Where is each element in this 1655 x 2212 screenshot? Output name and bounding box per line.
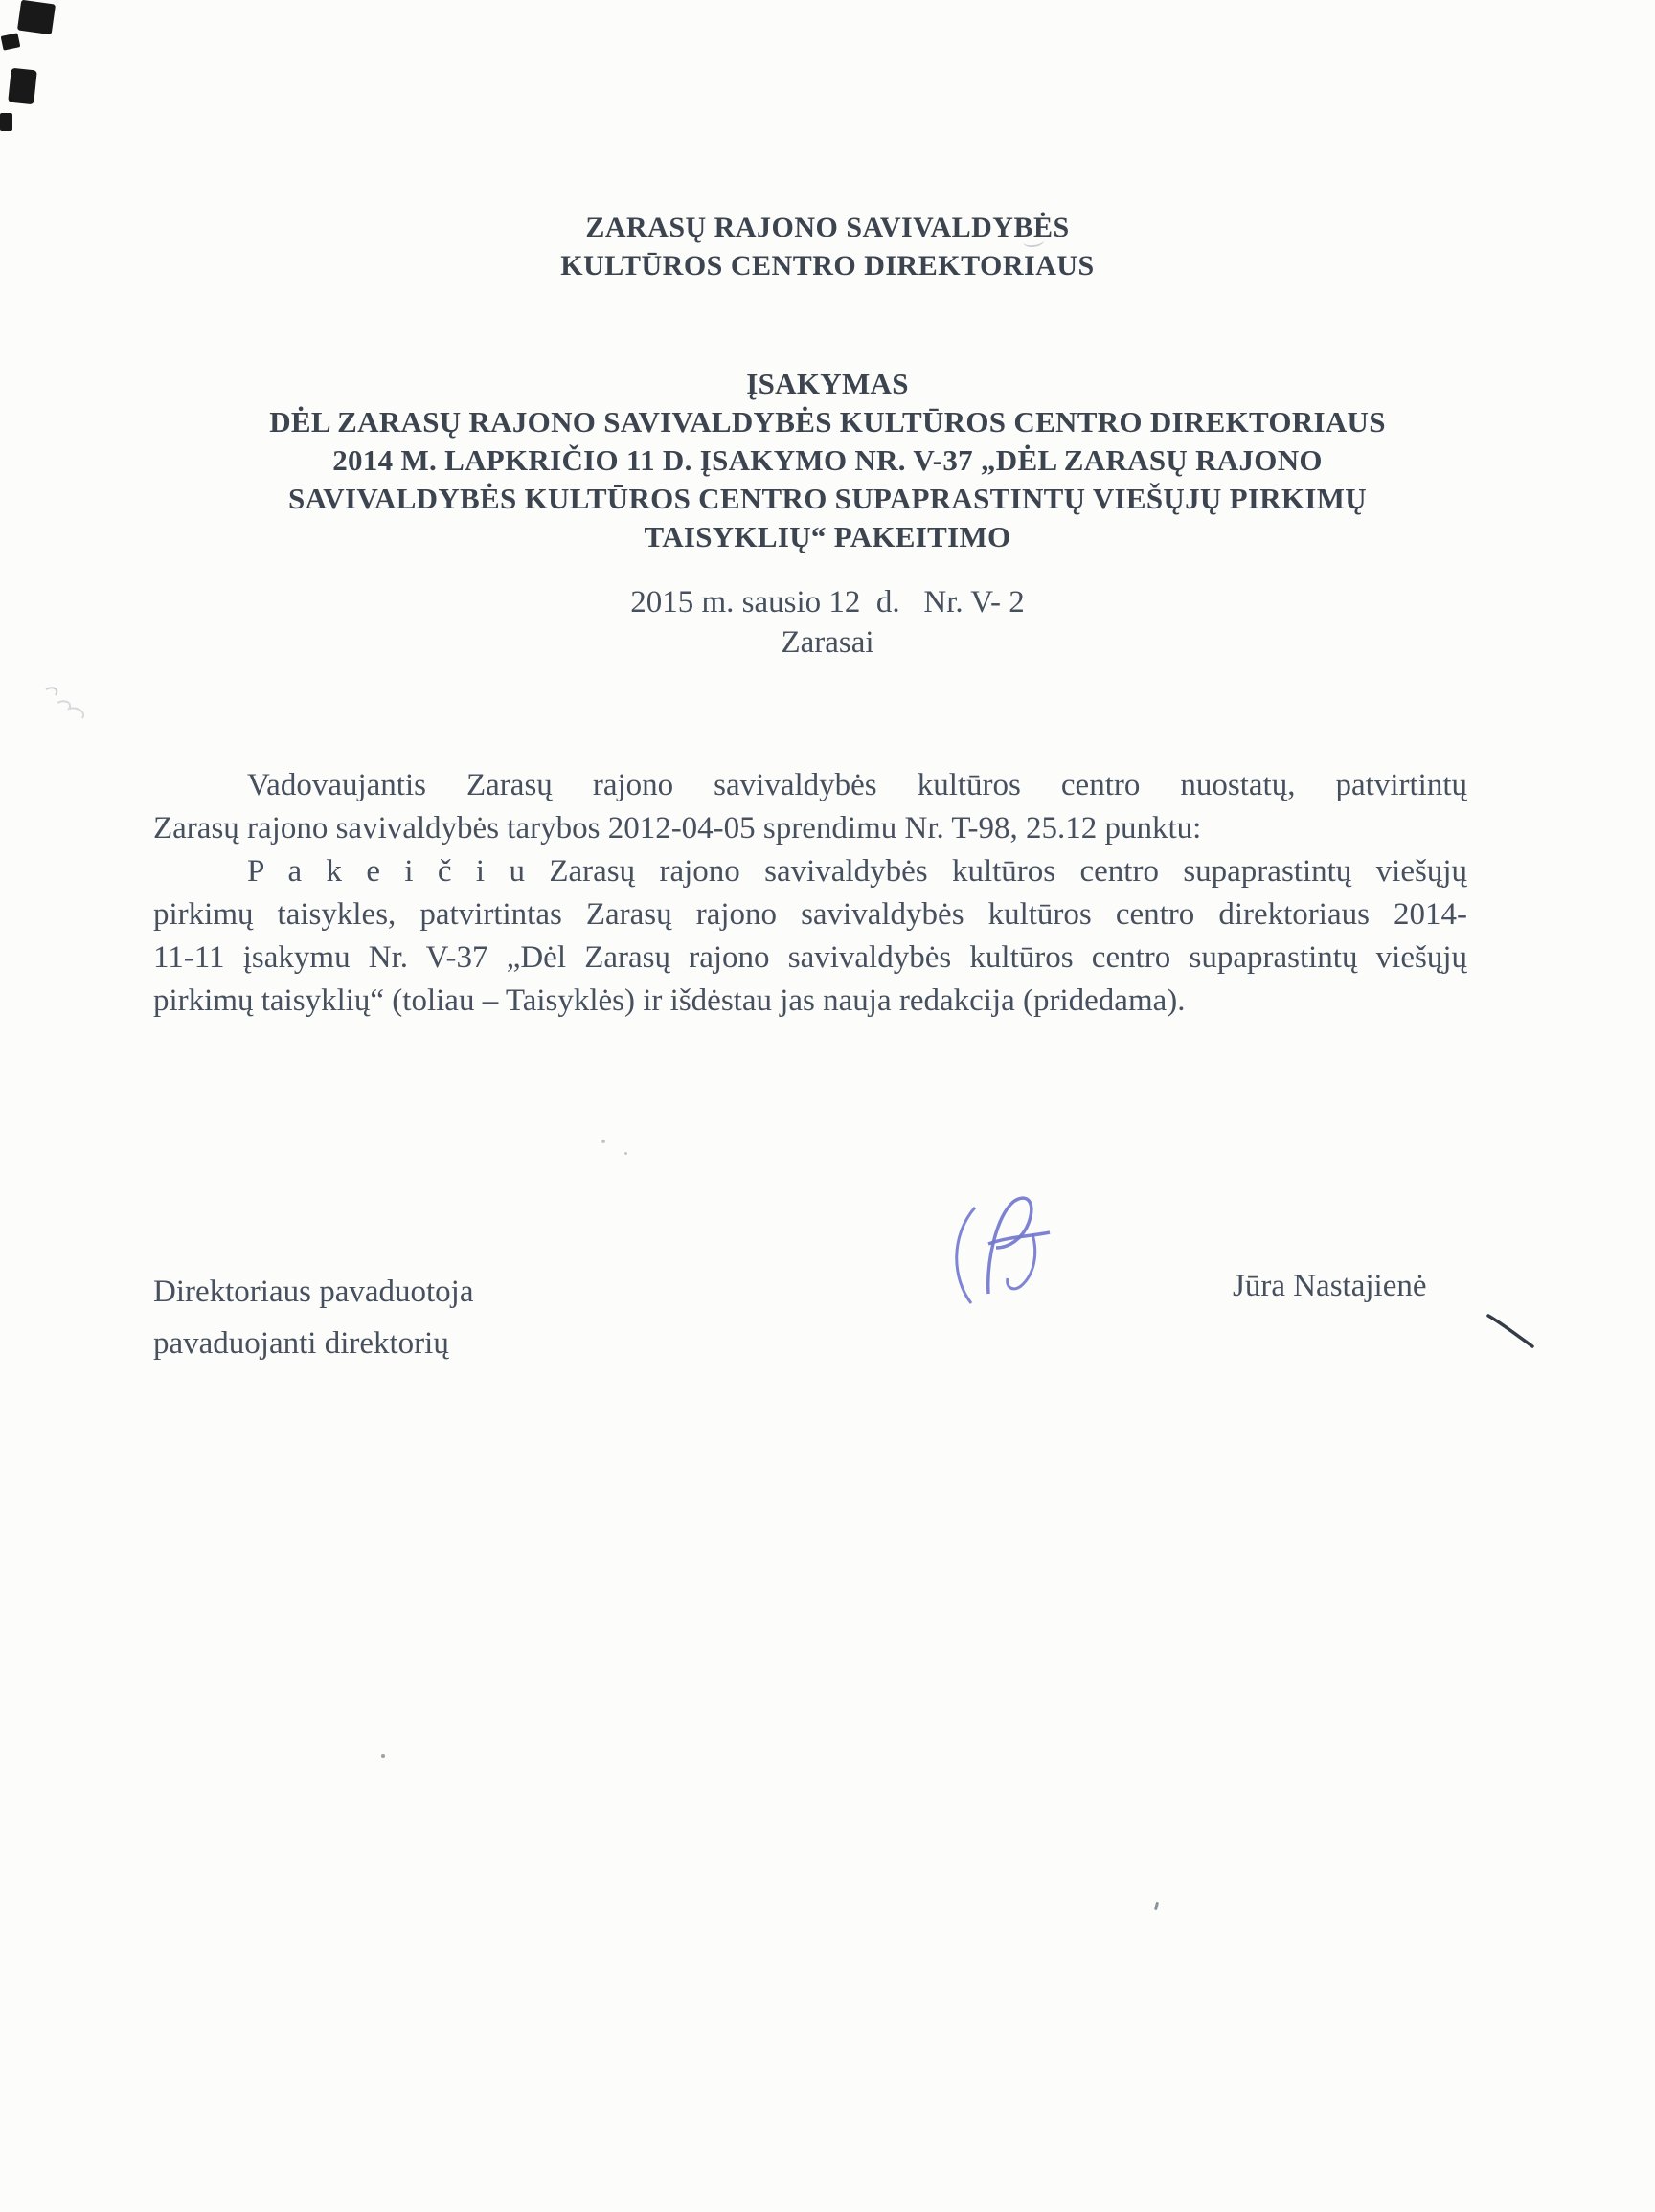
- order-title: ĮSAKYMAS DĖL ZARASŲ RAJONO SAVIVALDYBĖS …: [115, 365, 1540, 556]
- body-line: P a k e i č i u Zarasų rajono savivaldyb…: [153, 850, 1467, 893]
- body-text: Vadovaujantis Zarasų rajono savivaldybės…: [153, 764, 1467, 1023]
- letterhead-line: KULTŪROS CENTRO DIREKTORIAUS: [0, 247, 1655, 285]
- signer-name: Jūra Nastajienė: [1233, 1269, 1427, 1304]
- scan-artifact: [8, 68, 37, 105]
- order-place: Zarasai: [0, 622, 1655, 663]
- order-title-line: 2014 M. LAPKRIČIO 11 D. ĮSAKYMO NR. V-37…: [115, 441, 1540, 480]
- scan-artifact: [17, 0, 56, 34]
- body-line: pirkimų taisyklių“ (toliau – Taisyklės) …: [153, 980, 1467, 1023]
- letterhead: ZARASŲ RAJONO SAVIVALDYBĖS KULTŪROS CENT…: [0, 209, 1655, 285]
- scan-artifact: [1154, 1902, 1159, 1910]
- scan-artifact: [381, 1754, 385, 1758]
- scan-artifact: [0, 113, 12, 131]
- scan-artifact: [624, 1152, 627, 1155]
- scan-artifact: [1485, 1312, 1538, 1352]
- signer-position-line: Direktoriaus pavaduotoja: [153, 1266, 473, 1318]
- order-type-label: ĮSAKYMAS: [115, 365, 1540, 403]
- body-line: Zarasų rajono savivaldybės tarybos 2012-…: [153, 807, 1467, 850]
- order-date: 2015 m. sausio 12 d. Nr. V- 2: [0, 582, 1655, 622]
- order-title-line: SAVIVALDYBĖS KULTŪROS CENTRO SUPAPRASTIN…: [115, 480, 1540, 518]
- letterhead-line: ZARASŲ RAJONO SAVIVALDYBĖS: [0, 209, 1655, 247]
- body-line: pirkimų taisykles, patvirtintas Zarasų r…: [153, 893, 1467, 937]
- order-title-line: DĖL ZARASŲ RAJONO SAVIVALDYBĖS KULTŪROS …: [115, 403, 1540, 441]
- signer-position-line: pavaduojanti direktorių: [153, 1318, 473, 1369]
- body-line: Vadovaujantis Zarasų rajono savivaldybės…: [153, 764, 1467, 807]
- handwritten-signature: [941, 1194, 1075, 1307]
- scan-artifact: [601, 1140, 605, 1143]
- scan-artifact: [1, 33, 21, 50]
- scanned-document-page: ZARASŲ RAJONO SAVIVALDYBĖS KULTŪROS CENT…: [0, 0, 1655, 2212]
- pencil-mark-artifact: [40, 676, 102, 726]
- order-title-line: TAISYKLIŲ“ PAKEITIMO: [115, 518, 1540, 556]
- body-line: 11-11 įsakymu Nr. V-37 „Dėl Zarasų rajon…: [153, 937, 1467, 980]
- date-block: 2015 m. sausio 12 d. Nr. V- 2 Zarasai: [0, 582, 1655, 663]
- signer-position: Direktoriaus pavaduotoja pavaduojanti di…: [153, 1266, 473, 1369]
